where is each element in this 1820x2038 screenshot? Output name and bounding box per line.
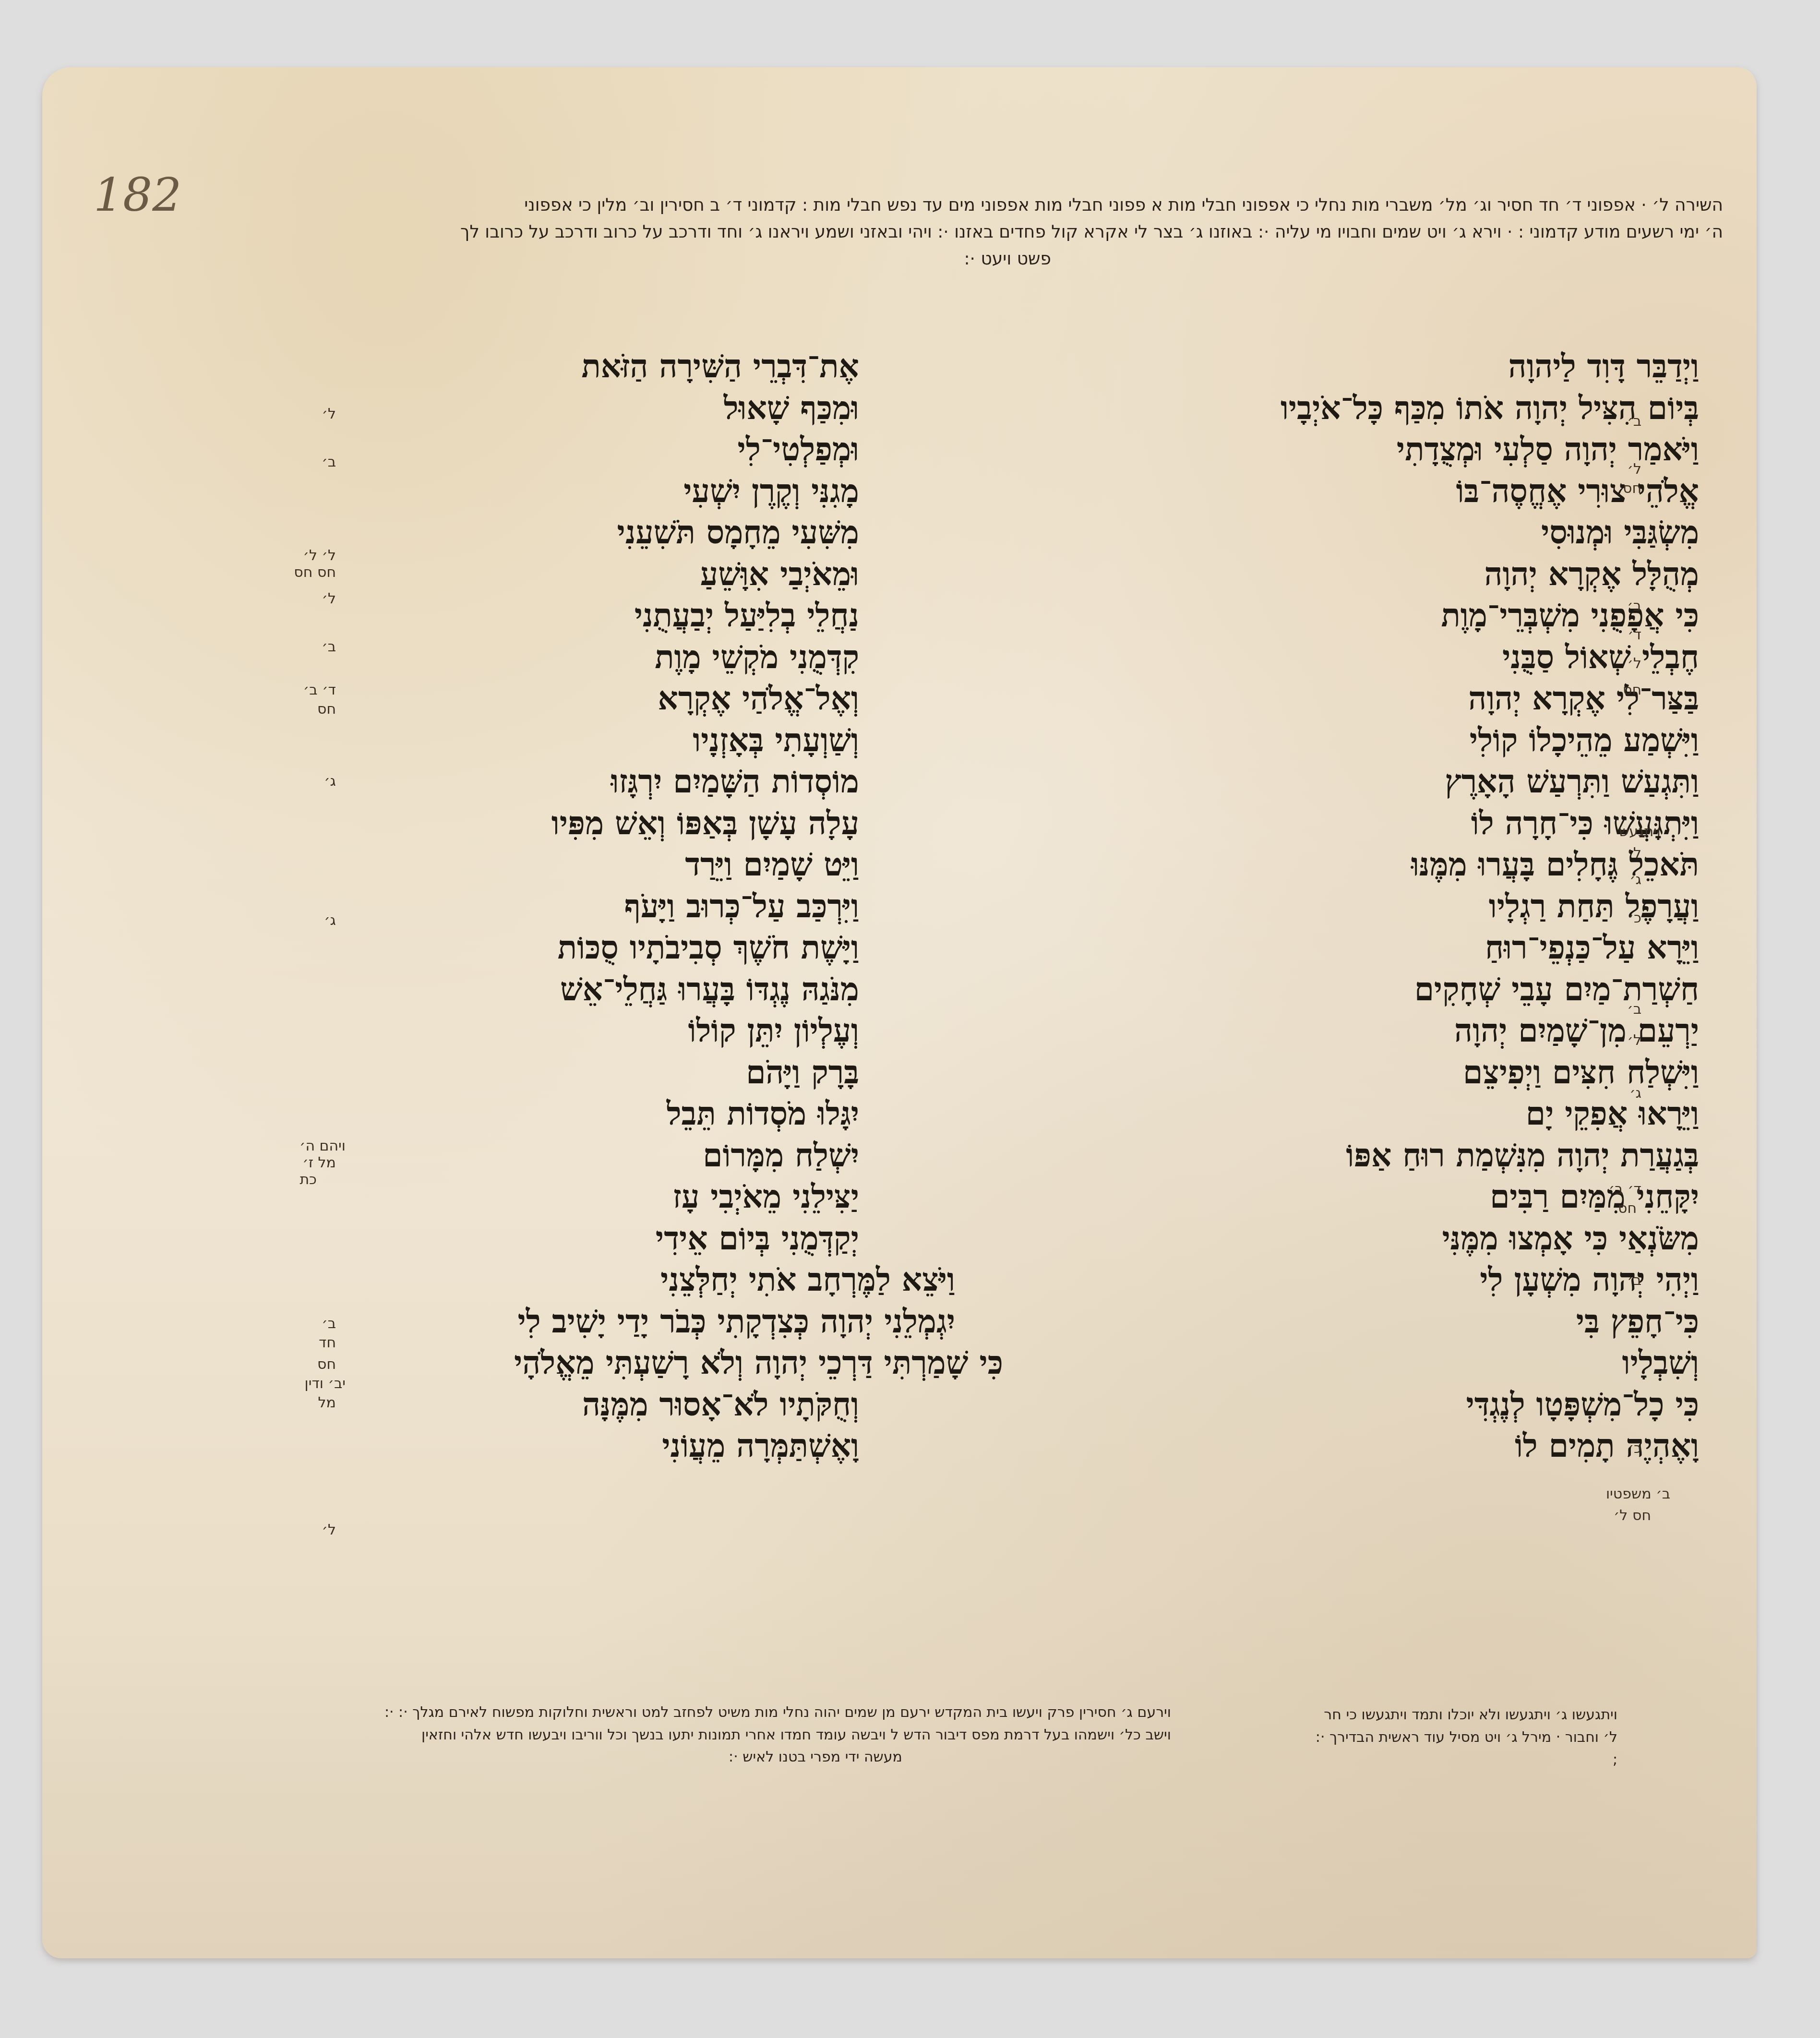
verse-line: עָלָה עָשָׁן בְּאַפּוֹ וְאֵשׁ מִפִּיו [494,803,859,844]
verse-line: מִשִּׁעִי מֵחָמָס תֹּשִׁעֵנִי [494,512,859,553]
verse-line: כִּי אֲפָפֻנִי מִשְׁבְּרֵי־מָוֶת [1104,595,1699,636]
masora-parva-note: ל׳ [322,1522,336,1538]
masora-parva-note: חס [1623,480,1641,497]
verse-line: יַצִּילֵנִי מֵאֹיְבִי עָז [494,1176,859,1218]
masora-parva-note: חס [317,701,336,718]
masora-parva-note: ויתגעש [1619,823,1661,840]
verse-line: וְעֶלְיוֹן יִתֵּן קוֹלוֹ [494,1010,859,1052]
verse-line: וַיְדַבֵּר דָּוִד לַיהוָה [1104,346,1699,387]
verse-line: נַחֲלֵי בְלִיַּעַל יְבַעֲתֻנִי [494,595,859,636]
masora-parva-note: חס [1618,1200,1637,1217]
masora-parva-note: ל׳ [1627,1032,1641,1049]
masora-parva-note: ג׳ [324,912,336,929]
masora-parva-note: כ׳ [1628,1440,1641,1457]
verse-line: יִשְׁלַח מִמָּרוֹם [494,1135,859,1176]
verse-line: קִדְּמֻנִי מֹקְשֵׁי מָוֶת [494,636,859,678]
verse-line: וָאֶהְיֶה תָמִים לוֹ [1104,1425,1699,1467]
masora-parva-note: חס חס [294,564,336,581]
masora-parva-note: מל ז׳ [302,1154,336,1171]
verse-line: יִגְמְלֵנִי יְהוָה כְּצִדְקָתִי כְּבֹר י… [494,1301,955,1343]
verse-line: וְשַׁוְעָתִי בְּאָזְנָיו [494,719,859,761]
masora-parva-note: ב׳ [1627,413,1641,430]
verse-line: מִשְׂגַּבִּי וּמְנוּסִי [1104,512,1699,553]
masora-line: ל׳ וחבור · מירל ג׳ ויט מסיל עוד ראשית הב… [1243,1726,1617,1749]
masora-parva-note: ג׳ [1629,871,1641,888]
verse-line: כִּי כָל־מִשְׁפָּטָו לְנֶגְדִּי [1104,1384,1699,1426]
verse-line: יַרְעֵם מִן־שָׁמַיִם יְהוָה [1104,1010,1699,1052]
masora-parva-note: ב׳ [322,638,336,655]
verse-line: וַיִּשְׁלַח חִצִּים וַיְפִיצֵם [1104,1052,1699,1093]
masora-parva-note: כ׳ [1628,910,1641,926]
masora-line: מעשה ידי מפרי בטנו לאיש ·: [307,1746,1171,1769]
verse-line: תֹּאכֵל גֶּחָלִים בָּעֲרוּ מִמֶּנּוּ [1104,844,1699,886]
masora-line: ה׳ ימי רשעים מודע קדמוני : · וירא ג׳ ויט… [307,219,1723,246]
masora-parva-note: ד׳ [1628,626,1641,643]
verse-line: וּמִכַּף שָׁאוּל [494,387,859,429]
text-column-left: אֶת־דִּבְרֵי הַשִּׁירָה הַזֹּאת וּמִכַּף… [494,346,859,1467]
masora-parva-note: ל׳ [1627,655,1641,672]
verse-line: וַיִּרְכַּב עַל־כְּרוּב וַיָּעֹף [494,886,859,927]
verse-line: חֶבְלֵי שְׁאוֹל סַבֻּנִי [1104,636,1699,678]
verse-line: בָּרָק וַיָּהֹם [494,1052,859,1093]
verse-line: וַיֵּרָא עַל־כַּנְפֵי־רוּחַ [1104,927,1699,969]
folio-number: 182 [94,168,181,222]
masora-parva-note: ב׳ [322,1315,336,1332]
verse-line: וַיֹּאמַר יְהוָה סַלְעִי וּמְצֻדָתִי [1104,429,1699,470]
masora-parva-note: ג׳ [1629,1085,1641,1102]
verse-line: כִּי שָׁמַרְתִּי דַּרְכֵי יְהוָה וְלֹא ר… [494,1342,1003,1384]
masora-parva-note: ב׳ [1627,1272,1641,1289]
verse-line: חַשְׁרַת־מַיִם עָבֵי שְׁחָקִים [1104,969,1699,1010]
verse-line: כִּי־חָפֵץ בִּי [1104,1301,1699,1343]
verse-line: וַיֹּצֵא לַמֶּרְחָב אֹתִי יְחַלְּצֵנִי [494,1259,955,1301]
verse-line: בְּגַעֲרַת יְהוָה מִנִּשְׁמַת רוּחַ אַפּ… [1104,1135,1699,1176]
verse-line: מוֹסְדוֹת הַשָּׁמַיִם יִרְגָּזוּ [494,761,859,803]
masora-parva-note: יב׳ ודין [305,1375,346,1392]
masora-magna-bottom-left: וירעם ג׳ חסירין פרק ויעשו בית המקדש ירעם… [307,1702,1171,1769]
masora-line: וישב כל׳ וישמהו בעל דרמת מפס דיבור הדש ל… [307,1724,1171,1747]
verse-line: יְקַדְּמֻנִי בְּיוֹם אֵידִי [494,1218,859,1259]
masora-parva-note: ל׳ [322,590,336,607]
verse-line: וְאֶל־אֱלֹהַי אֶקְרָא [494,678,859,719]
verse-line: וַיֵּט שָׁמַיִם וַיֵּרַד [494,844,859,886]
verse-line: וְחֻקֹּתָיו לֹא־אָסוּר מִמֶּנָּה [494,1384,859,1426]
verse-line: וַיִּתְגָּעֲשׁוּ כִּי־חָרָה לוֹ [1104,803,1699,844]
masora-parva-note: ל׳ [1627,461,1641,478]
verse-line: וּמְפַלְטִי־לִי [494,429,859,470]
masora-parva-note: ל׳ [322,406,336,422]
verse-line: מִשֹּׂנְאַי כִּי אָמְצוּ מִמֶּנִּי [1104,1218,1699,1259]
verse-line: מָגִנִּי וְקֶרֶן יִשְׁעִי [494,470,859,512]
masora-parva-note: חס [317,1356,336,1373]
masora-parva-note: חס ל׳ [1614,1507,1651,1524]
masora-parva-note: ל׳ [1627,845,1641,862]
verse-line: וַיְהִי יְהוָה מִשְׁעָן לִי [1104,1259,1699,1301]
text-column-right: וַיְדַבֵּר דָּוִד לַיהוָה בְּיוֹם הִצִּי… [1104,346,1699,1467]
verse-line: וַתִּגְעַשׁ וַתִּרְעַשׁ הָאָרֶץ [1104,761,1699,803]
verse-line: וָאֶשְׁתַּמְּרָה מֵעֲוֹנִי [494,1425,859,1467]
verse-line: וַיָּשֶׁת חֹשֶׁךְ סְבִיבֹתָיו סֻכּוֹת [494,927,859,969]
verse-line: בַּצַּר־לִי אֶקְרָא יְהוָה [1104,678,1699,719]
verse-line: וַעֲרָפֶל תַּחַת רַגְלָיו [1104,886,1699,927]
verse-line: וַיֵּרָאוּ אֲפִקֵי יָם [1104,1093,1699,1135]
masora-line: פשט ויעט ·: [307,246,1723,273]
verse-line: וּמֵאֹיְבַי אִוָּשֵׁעַ [494,553,859,595]
masora-parva-note: ב׳ [322,454,336,470]
masora-magna-bottom-right: ויתגעשו ג׳ ויתגעשו ולא יוכלו ותמד ויתגעש… [1243,1704,1617,1771]
masora-parva-note: ב׳ [1627,1001,1641,1018]
masora-line: השירה ל׳ · אפפוני ד׳ חד חסיר וג׳ מל׳ משב… [307,192,1723,219]
verse-line: מִנֹּגַהּ נֶגְדּוֹ בָּעֲרוּ גַּחֲלֵי־אֵש… [494,969,859,1010]
verse-line: אֶת־דִּבְרֵי הַשִּׁירָה הַזֹּאת [494,346,859,387]
verse-line: בְּיוֹם הִצִּיל יְהוָה אֹתוֹ מִכַּף כָּל… [1104,387,1699,429]
masora-parva-note: ויהם ה׳ [299,1138,346,1154]
masora-magna-top: השירה ל׳ · אפפוני ד׳ חד חסיר וג׳ מל׳ משב… [307,192,1723,272]
verse-line: וְשִׁבְלָיו [1104,1342,1699,1384]
masora-parva-note: ב׳ משפטיו [1606,1486,1670,1502]
verse-line: יִגָּלוּ מֹסְדוֹת תֵּבֵל [494,1093,859,1135]
verse-line: אֱלֹהֵי צוּרִי אֶחֱסֶה־בּוֹ [1104,470,1699,512]
masora-parva-note: חד [319,1334,336,1351]
masora-parva-note: ל׳ ל׳ [303,547,336,564]
masora-parva-note: ד׳ ב׳ [303,682,336,698]
verse-line: וַיִּשְׁמַע מֵהֵיכָלוֹ קוֹלִי [1104,719,1699,761]
masora-parva-note: ג׳ [324,773,336,790]
masora-parva-note: כת [299,1171,317,1188]
masora-parva-note: ב׳ [1627,598,1641,614]
masora-parva-note: ד׳ ב׳ [1609,1181,1641,1198]
masora-line: ; [1243,1749,1617,1771]
masora-line: וירעם ג׳ חסירין פרק ויעשו בית המקדש ירעם… [307,1702,1171,1724]
verse-line: מְהֻלָּל אֶקְרָא יְהוָה [1104,553,1699,595]
masora-parva-note: מל [318,1394,336,1411]
masora-parva-note: חס [1623,682,1641,698]
masora-line: ויתגעשו ג׳ ויתגעשו ולא יוכלו ותמד ויתגעש… [1243,1704,1617,1726]
